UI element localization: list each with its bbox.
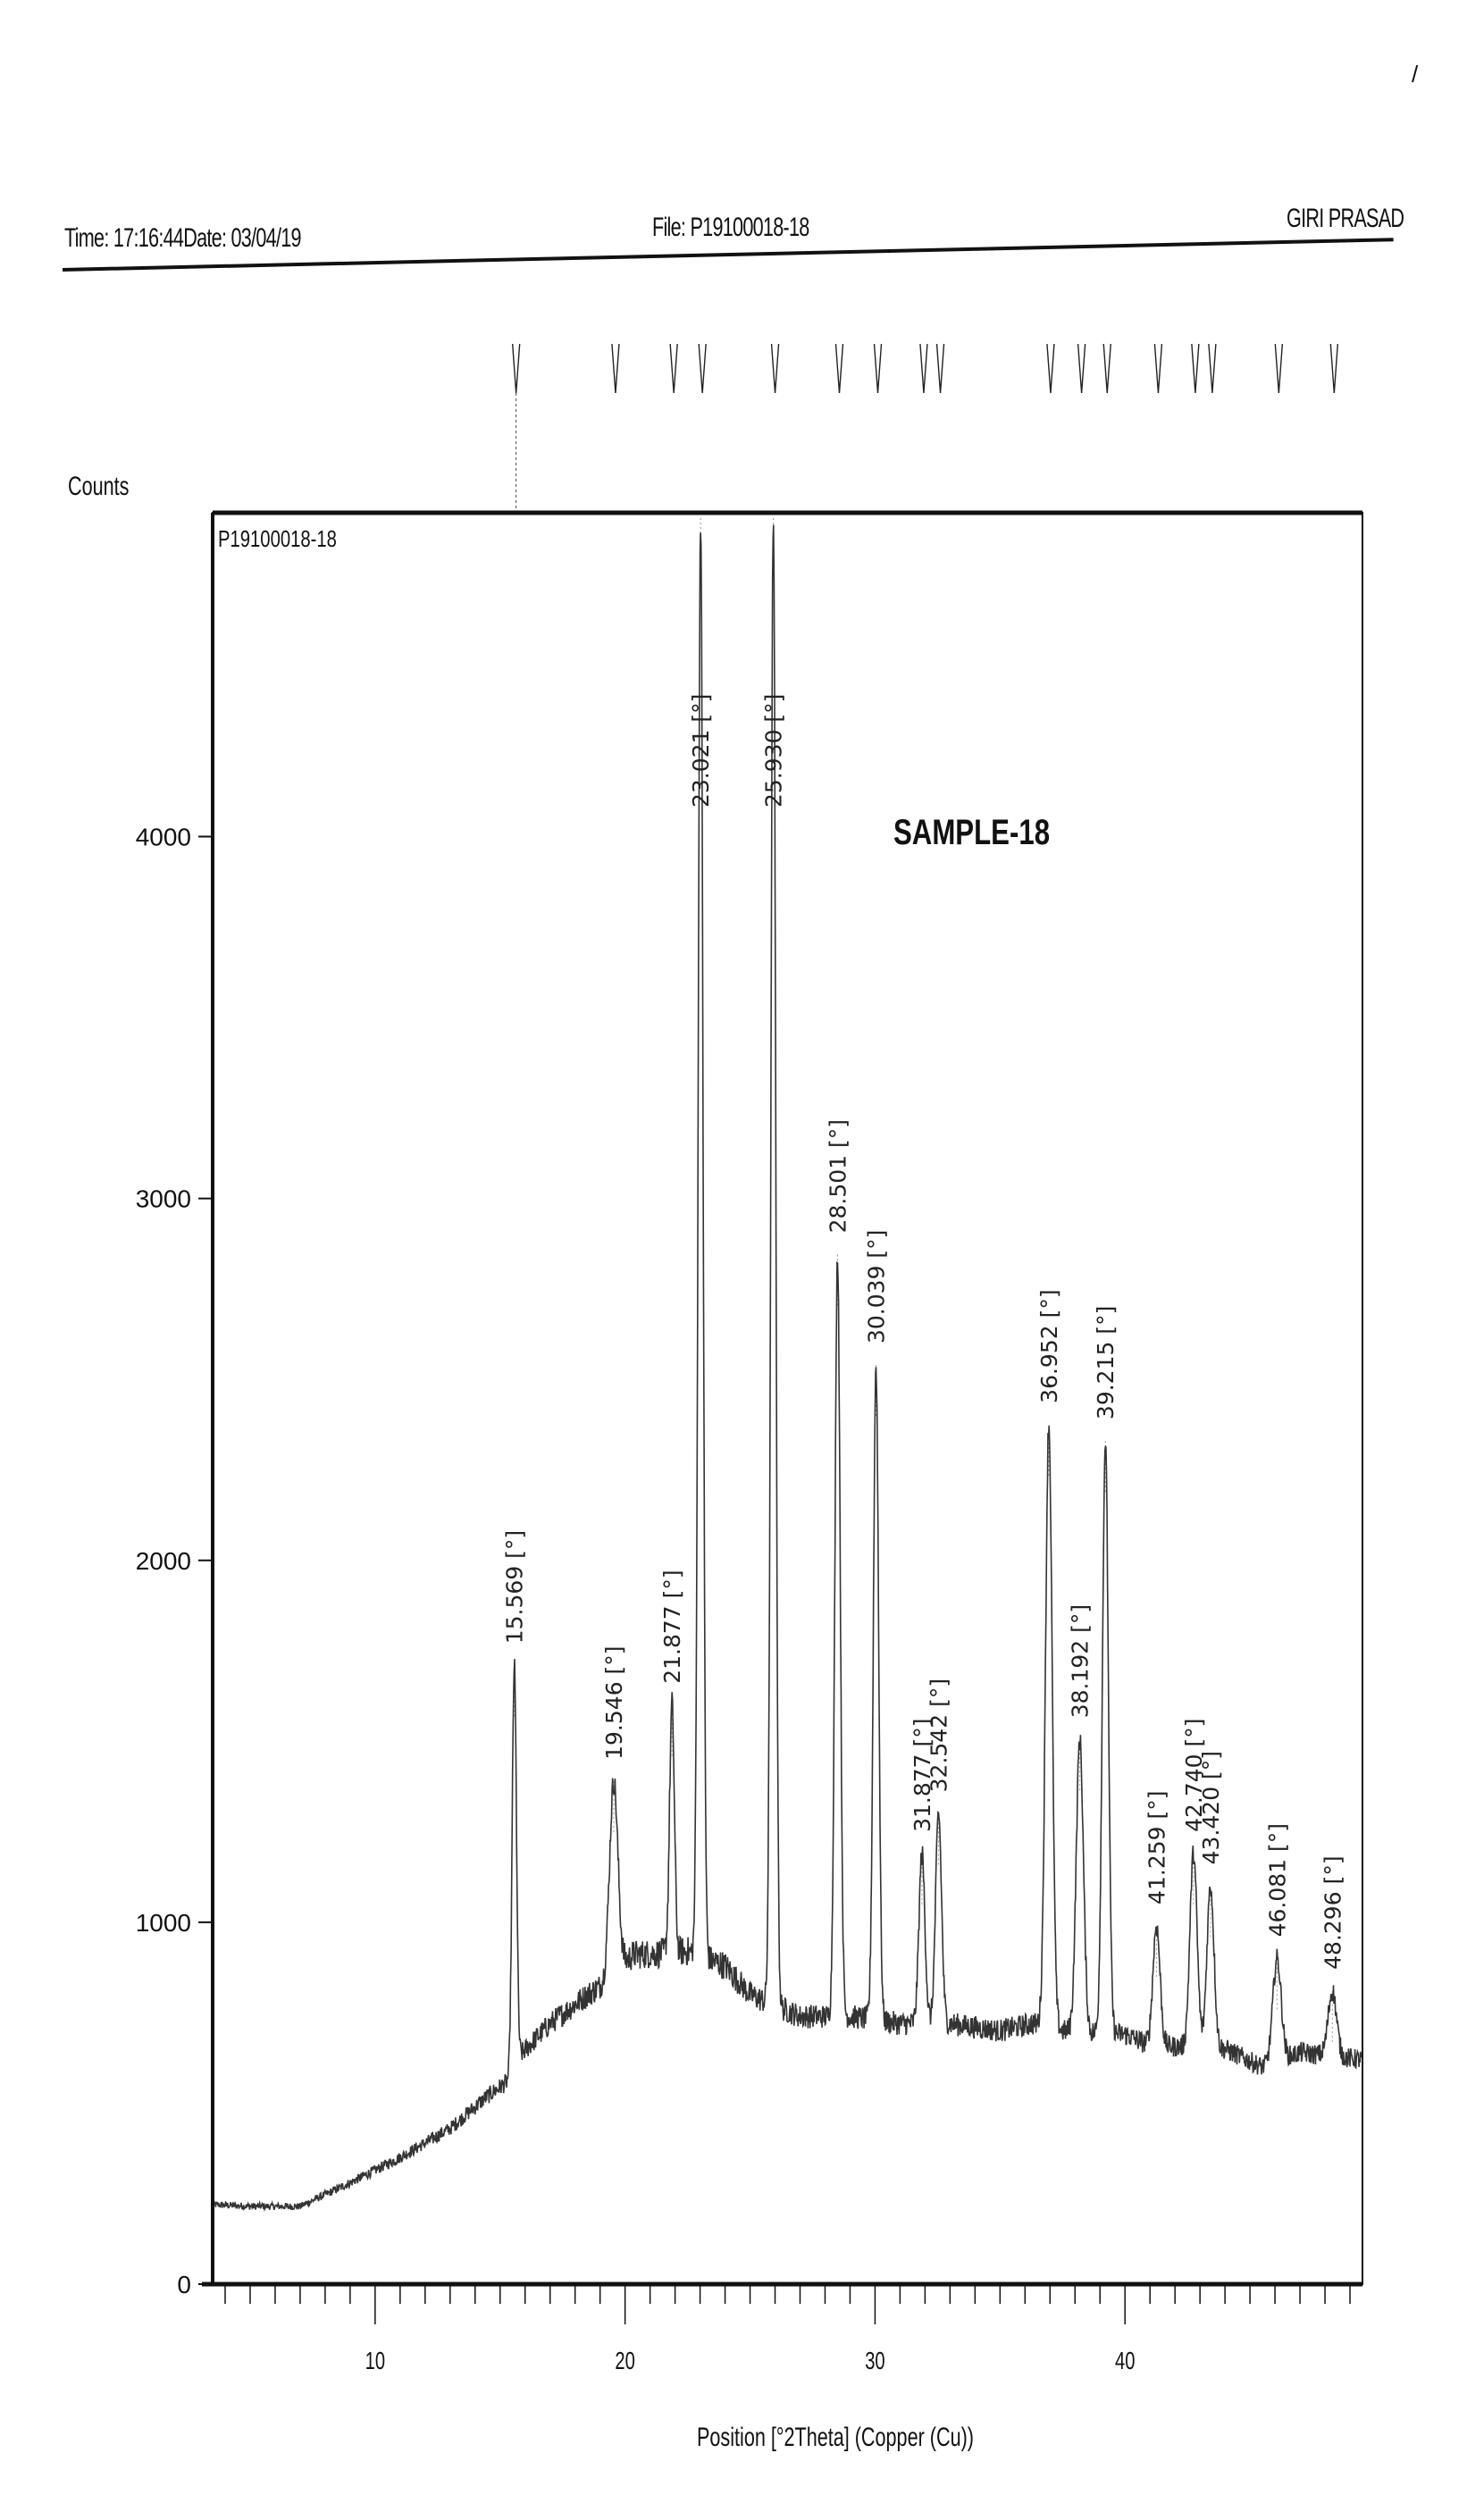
svg-text:2000: 2000 (136, 1547, 191, 1575)
svg-text:30: 30 (865, 2348, 884, 2375)
x-axis-ticks: 10203040 (225, 2284, 1350, 2375)
svg-text:46.081 [°]: 46.081 [°] (1264, 1823, 1290, 1937)
svg-text:30.039 [°]: 30.039 [°] (864, 1230, 890, 1344)
svg-text:40: 40 (1115, 2348, 1135, 2375)
diffraction-trace (213, 525, 1362, 2210)
svg-text:38.192 [°]: 38.192 [°] (1068, 1604, 1094, 1718)
svg-text:15.569 [°]: 15.569 [°] (502, 1530, 528, 1644)
svg-text:0: 0 (177, 2271, 191, 2298)
svg-text:43.420 [°]: 43.420 [°] (1198, 1751, 1224, 1864)
svg-text:48.296 [°]: 48.296 [°] (1320, 1855, 1345, 1969)
svg-text:4000: 4000 (136, 824, 191, 851)
y-axis-ticks: 01000200030004000 (136, 824, 213, 2298)
svg-text:19.546 [°]: 19.546 [°] (601, 1645, 627, 1759)
svg-text:32.542 [°]: 32.542 [°] (926, 1679, 952, 1792)
svg-text:21.877 [°]: 21.877 [°] (659, 1570, 685, 1683)
chart-title: SAMPLE-18 (893, 812, 1050, 852)
svg-text:1000: 1000 (136, 1909, 191, 1937)
peak-marker-row (513, 344, 1338, 393)
xrd-pattern-chart: 15.569 [°]19.546 [°]21.877 [°]23.021 [°]… (0, 0, 1467, 2520)
svg-text:23.021 [°]: 23.021 [°] (688, 694, 714, 808)
scan-name-label: P19100018-18 (218, 526, 337, 552)
svg-text:10: 10 (365, 2348, 385, 2375)
svg-text:25.930 [°]: 25.930 [°] (761, 694, 787, 808)
peak-labels: 15.569 [°]19.546 [°]21.877 [°]23.021 [°]… (502, 694, 1346, 1970)
svg-text:41.259 [°]: 41.259 [°] (1144, 1790, 1169, 1904)
svg-text:28.501 [°]: 28.501 [°] (825, 1119, 851, 1233)
svg-text:36.952 [°]: 36.952 [°] (1036, 1289, 1062, 1402)
svg-text:39.215 [°]: 39.215 [°] (1093, 1306, 1119, 1419)
svg-text:20: 20 (615, 2348, 634, 2375)
svg-text:3000: 3000 (136, 1185, 191, 1213)
